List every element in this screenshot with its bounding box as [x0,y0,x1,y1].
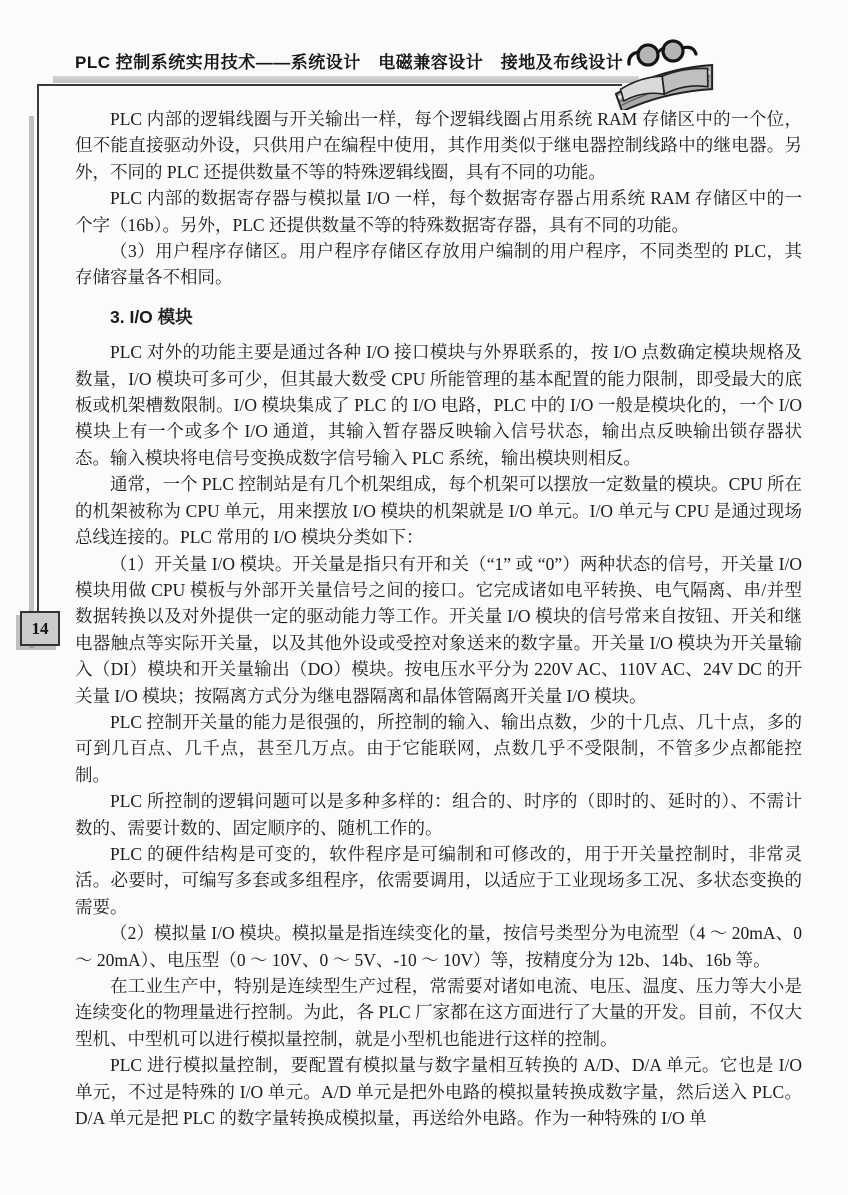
paragraph: 在工业生产中，特别是连续型生产过程，常需要对诸如电流、电压、温度、压力等大小是连… [75,973,802,1052]
paragraph: （2）模拟量 I/O 模块。模拟量是指连续变化的量，按信号类型分为电流型（4 ～… [75,920,802,973]
content-frame-shadow [29,116,34,648]
paragraph: PLC 的硬件结构是可变的，软件程序是可编制和可修改的，用于开关量控制时，非常灵… [75,841,802,920]
content-frame-left-border [37,84,39,612]
paragraph: PLC 对外的功能主要是通过各种 I/O 接口模块与外界联系的，按 I/O 点数… [75,339,802,471]
page-number-badge: 14 [20,611,60,646]
header-underline-bar [53,76,639,83]
section-heading-io-module: 3. I/O 模块 [75,304,802,330]
page-body: PLC 内部的逻辑线圈与开关输出一样，每个逻辑线圈占用系统 RAM 存储区中的一… [75,106,802,1131]
paragraph: PLC 控制开关量的能力是很强的，所控制的输入、输出点数，少的十几点、几十点，多… [75,709,802,788]
paragraph: 通常，一个 PLC 控制站是有几个机架组成，每个机架可以摆放一定数量的模块。CP… [75,471,802,550]
content-frame-top-border [37,84,622,86]
paragraph: （3）用户程序存储区。用户程序存储区存放用户编制的用户程序，不同类型的 PLC，… [75,238,802,291]
paragraph: （1）开关量 I/O 模块。开关量是指只有开和关（“1” 或 “0”）两种状态的… [75,551,802,709]
paragraph: PLC 内部的数据寄存器与模拟量 I/O 一样，每个数据寄存器占用系统 RAM … [75,185,802,238]
page-number: 14 [32,619,49,639]
paragraph: PLC 内部的逻辑线圈与开关输出一样，每个逻辑线圈占用系统 RAM 存储区中的一… [75,106,802,185]
book-with-glasses-icon [608,38,720,110]
paragraph: PLC 进行模拟量控制，要配置有模拟量与数字量相互转换的 A/D、D/A 单元。… [75,1052,802,1131]
paragraph: PLC 所控制的逻辑问题可以是多种多样的：组合的、时序的（即时的、延时的）、不需… [75,788,802,841]
book-header-title: PLC 控制系统实用技术——系统设计 电磁兼容设计 接地及布线设计 [75,48,635,73]
